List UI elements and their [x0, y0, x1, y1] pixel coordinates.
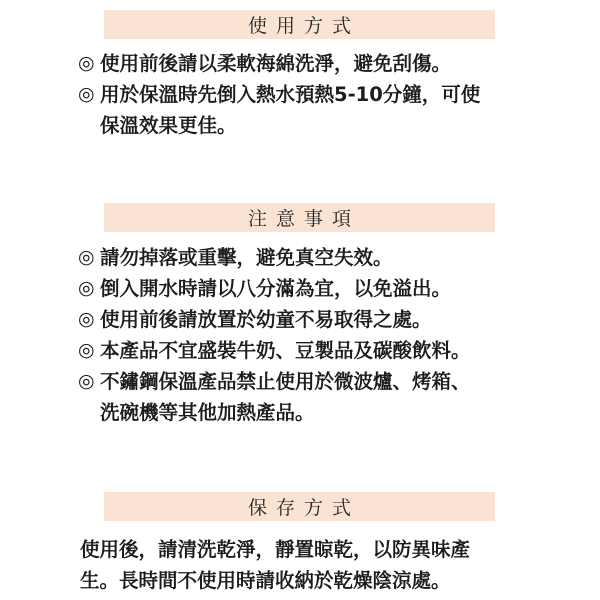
bullet-double-circle-icon: ◎ — [78, 273, 95, 304]
storage-line-1: 使用後，請清洗乾淨，靜置晾乾，以防異味產 — [80, 534, 550, 565]
precaution-item-4: ◎ 本產品不宜盛裝牛奶、豆製品及碳酸飲料。 — [78, 335, 548, 366]
precaution-item-1-text: 請勿掉落或重擊，避免真空失效。 — [100, 242, 548, 273]
bullet-double-circle-icon: ◎ — [78, 242, 95, 273]
section-title-storage: 保存方式 — [239, 493, 360, 520]
usage-item-2: ◎ 用於保溫時先倒入熱水預熱5-10分鐘，可使 保溫效果更佳。 — [78, 79, 548, 141]
usage-item-2-line-2: 保溫效果更佳。 — [100, 110, 548, 141]
precaution-item-5-line-1: 不鏽鋼保溫產品禁止使用於微波爐、烤箱、 — [100, 366, 548, 397]
precaution-item-2: ◎ 倒入開水時請以八分滿為宜，以免溢出。 — [78, 273, 548, 304]
usage-item-1-text: 使用前後請以柔軟海綿洗淨，避免刮傷。 — [100, 48, 548, 79]
bullet-double-circle-icon: ◎ — [78, 366, 95, 397]
bullet-double-circle-icon: ◎ — [78, 335, 95, 366]
precaution-item-5-line-2: 洗碗機等其他加熱產品。 — [100, 397, 548, 428]
precaution-item-4-text: 本產品不宜盛裝牛奶、豆製品及碳酸飲料。 — [100, 335, 548, 366]
bullet-double-circle-icon: ◎ — [78, 304, 95, 335]
usage-item-2-line-1: 用於保溫時先倒入熱水預熱5-10分鐘，可使 — [100, 79, 548, 110]
storage-text: 使用後，請清洗乾淨，靜置晾乾，以防異味產 生。長時間不使用時請收納於乾燥陰涼處。 — [78, 534, 550, 596]
section-header-storage: 保存方式 — [104, 492, 495, 521]
section-title-usage: 使用方式 — [239, 11, 360, 38]
bullet-double-circle-icon: ◎ — [78, 48, 95, 79]
storage-line-2: 生。長時間不使用時請收納於乾燥陰涼處。 — [80, 565, 550, 596]
usage-item-1: ◎ 使用前後請以柔軟海綿洗淨，避免刮傷。 — [78, 48, 548, 79]
section-title-precautions: 注意事項 — [239, 204, 360, 231]
usage-list: ◎ 使用前後請以柔軟海綿洗淨，避免刮傷。 ◎ 用於保溫時先倒入熱水預熱5-10分… — [78, 48, 548, 141]
precaution-item-3-text: 使用前後請放置於幼童不易取得之處。 — [100, 304, 548, 335]
precaution-item-2-text: 倒入開水時請以八分滿為宜，以免溢出。 — [100, 273, 548, 304]
section-header-usage: 使用方式 — [104, 10, 495, 39]
precautions-list: ◎ 請勿掉落或重擊，避免真空失效。 ◎ 倒入開水時請以八分滿為宜，以免溢出。 ◎… — [78, 242, 548, 428]
precaution-item-5: ◎ 不鏽鋼保溫產品禁止使用於微波爐、烤箱、 洗碗機等其他加熱產品。 — [78, 366, 548, 428]
precaution-item-1: ◎ 請勿掉落或重擊，避免真空失效。 — [78, 242, 548, 273]
bullet-double-circle-icon: ◎ — [78, 79, 95, 110]
precaution-item-3: ◎ 使用前後請放置於幼童不易取得之處。 — [78, 304, 548, 335]
section-header-precautions: 注意事項 — [104, 203, 495, 232]
